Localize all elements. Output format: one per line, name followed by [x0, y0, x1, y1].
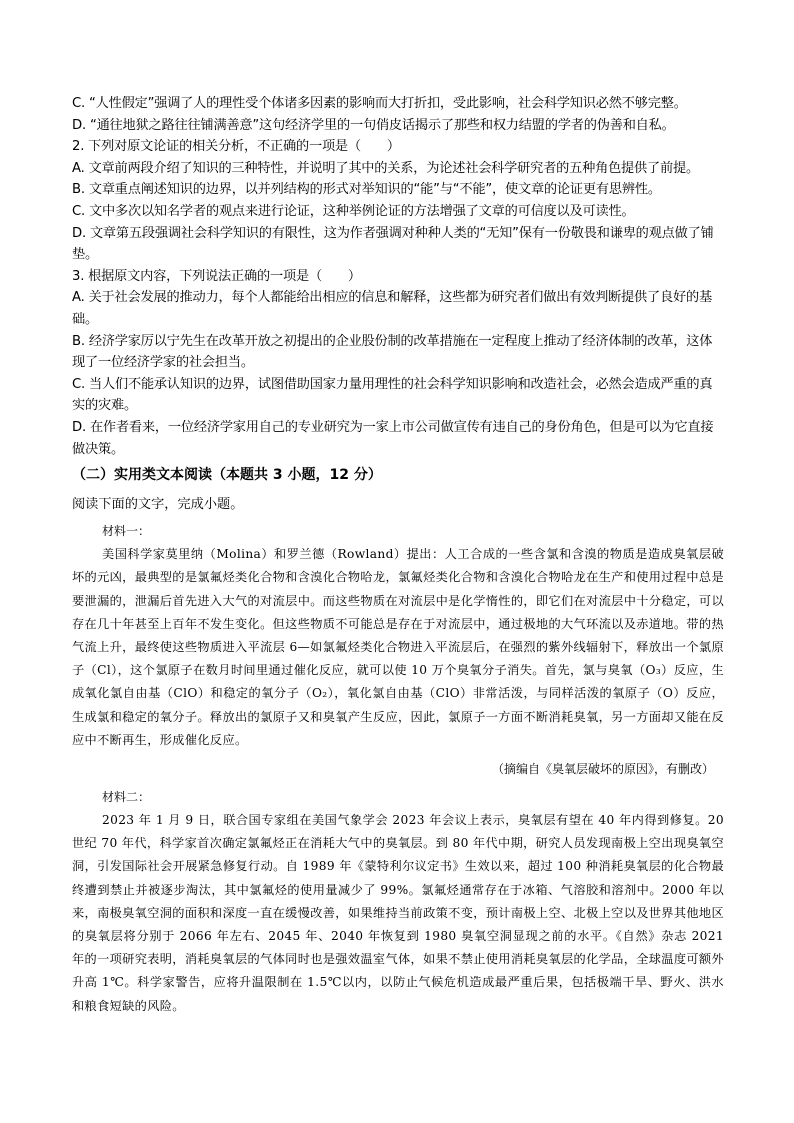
- section-instruction: 阅读下面的文字，完成小题。: [72, 494, 724, 516]
- q3-option-a: A. 关于社会发展的推动力，每个人都能给出相应的信息和解释，这些都为研究者们做出…: [72, 287, 724, 330]
- section-heading: （二）实用类文本阅读（本题共 3 小题，12 分）: [72, 464, 724, 486]
- q2-stem: 2. 下列对原文论证的相关分析，不正确的一项是（ ）: [72, 136, 724, 158]
- material-2-text: 2023 年 1 月 9 日，联合国专家组在美国气象学会 2023 年会议上表示…: [72, 809, 724, 1018]
- q3-option-c: C. 当人们不能承认知识的边界，试图借助国家力量用理性的社会科学知识影响和改造社…: [72, 374, 724, 417]
- q2-option-b: B. 文章重点阐述知识的边界，以并列结构的形式对举知识的“能”与“不能”，使文章…: [72, 179, 724, 201]
- q3-stem: 3. 根据原文内容，下列说法正确的一项是（ ）: [72, 266, 724, 288]
- q1-option-d: D. “通往地狱之路往往铺满善意”这句经济学里的一句俏皮话揭示了那些和权力结盟的…: [72, 115, 724, 137]
- q2-option-a: A. 文章前两段介绍了知识的三种特性，并说明了其中的关系，为论述社会科学研究者的…: [72, 158, 724, 180]
- document-page: C. “人性假定”强调了人的理性受个体诸多因素的影响而大打折扣，受此影响，社会科…: [72, 93, 724, 1018]
- material-1-text: 美国科学家莫里纳（Molina）和罗兰德（Rowland）提出：人工合成的一些含…: [72, 543, 724, 752]
- q1-option-c: C. “人性假定”强调了人的理性受个体诸多因素的影响而大打折扣，受此影响，社会科…: [72, 93, 724, 115]
- q2-option-d: D. 文章第五段强调社会科学知识的有限性，这为作者强调对种种人类的“无知”保有一…: [72, 223, 724, 266]
- q2-option-c: C. 文中多次以知名学者的观点来进行论证，这种举例论证的方法增强了文章的可信度以…: [72, 201, 724, 223]
- material-2-label: 材料二：: [72, 786, 724, 809]
- material-1-label: 材料一：: [72, 520, 724, 543]
- q3-option-d: D. 在作者看来，一位经济学家用自己的专业研究为一家上市公司做宣传有违自己的身份…: [72, 417, 724, 460]
- material-1-source: （摘编自《臭氧层破坏的原因》，有删改）: [72, 756, 724, 782]
- q3-option-b: B. 经济学家厉以宁先生在改革开放之初提出的企业股份制的改革措施在一定程度上推动…: [72, 331, 724, 374]
